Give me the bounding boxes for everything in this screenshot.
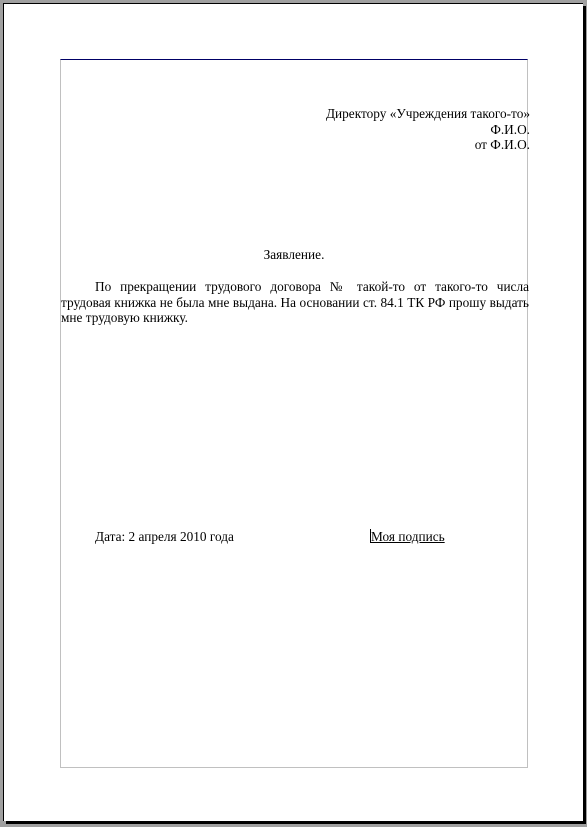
signature-text: Моя подпись [371,529,445,544]
addressee-line-from: от Ф.И.О. [326,137,530,153]
text-boundary[interactable]: Директору «Учреждения такого-то» Ф.И.О. … [60,59,528,768]
addressee-line-director: Директору «Учреждения такого-то» [326,106,530,122]
addressee-line-name: Ф.И.О. [326,122,530,138]
addressee-block: Директору «Учреждения такого-то» Ф.И.О. … [326,106,530,153]
date-line: Дата: 2 апреля 2010 года [95,529,234,545]
signature-line: Моя подпись [370,529,445,545]
document-title: Заявление. [61,247,527,263]
body-paragraph: По прекращении трудового договора № тако… [61,279,529,326]
document-page[interactable]: Директору «Учреждения такого-то» Ф.И.О. … [3,3,583,821]
